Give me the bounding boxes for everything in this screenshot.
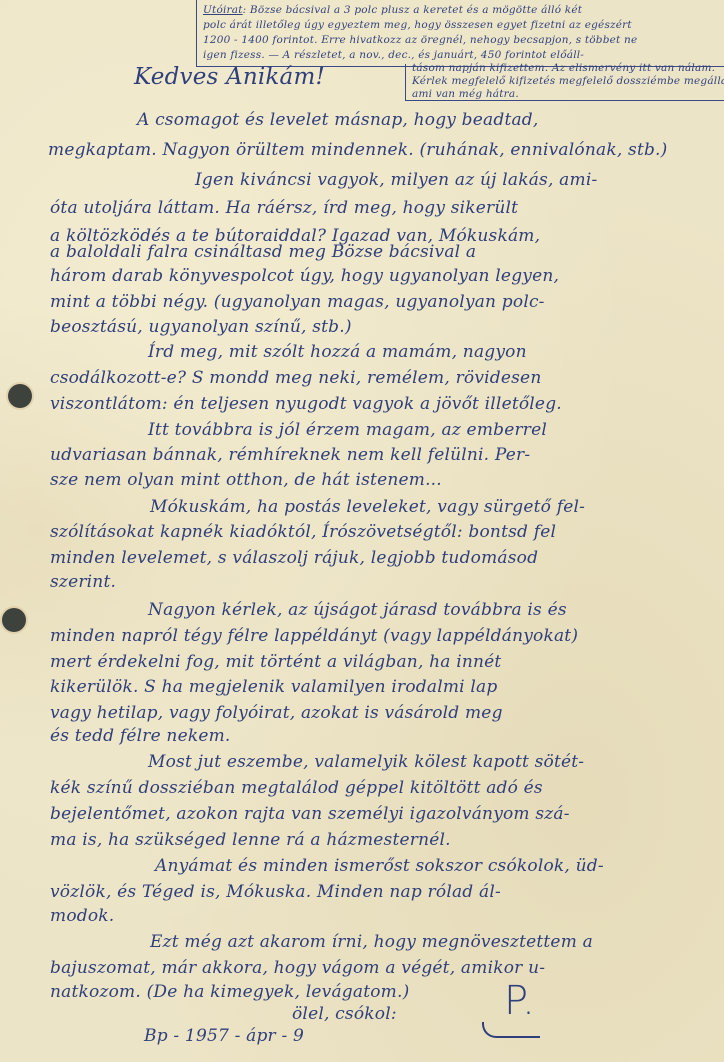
signature: P. (504, 978, 535, 1024)
postscript-line: ami van még hátra. (412, 88, 519, 100)
letter-line: vözlök, és Téged is, Mókuska. Minden nap… (50, 882, 501, 902)
letter-line: beosztású, ugyanolyan színű, stb.) (50, 317, 352, 337)
letter-line: minden levelemet, s válaszolj rájuk, leg… (50, 548, 538, 568)
letter-line: kikerülök. S ha megjelenik valamilyen ir… (50, 677, 497, 697)
postscript-line: igen fizess. — A részletet, a nov., dec.… (203, 49, 584, 61)
signature-flourish (482, 1022, 540, 1038)
letter-line: udvariasan bánnak, rémhíreknek nem kell … (50, 445, 530, 465)
postscript-line: polc árát illetőleg úgy egyeztem meg, ho… (203, 19, 632, 31)
letter-line: ma is, ha szükséged lenne rá a házmester… (50, 830, 451, 850)
letter-line: kék színű dossziéban megtalálod géppel k… (50, 778, 543, 798)
letter-line: Ezt még azt akarom írni, hogy megnöveszt… (150, 932, 593, 952)
letter-line: A csomagot és levelet másnap, hogy beadt… (137, 110, 539, 130)
letter-line: sze nem olyan mint otthon, de hát istene… (50, 470, 442, 490)
letter-line: a baloldali falra csináltasd meg Bözse b… (50, 242, 476, 262)
letter-line: mert érdekelni fog, mit történt a világb… (50, 652, 501, 672)
letter-line: viszontlátom: én teljesen nyugodt vagyok… (50, 394, 562, 414)
letter-page: Utóirat: Bözse bácsival a 3 polc plusz a… (0, 0, 724, 1062)
postscript-line: 1200 - 1400 forintot. Erre hivatkozz az … (203, 34, 637, 46)
letter-line: bejelentőmet, azokon rajta van személyi … (50, 804, 570, 824)
letter-line: szerint. (50, 572, 116, 592)
letter-date: Bp - 1957 - ápr - 9 (144, 1026, 304, 1046)
letter-line: bajuszomat, már akkora, hogy vágom a vég… (50, 958, 545, 978)
letter-line: Írd meg, mit szólt hozzá a mamám, nagyon (148, 342, 527, 362)
letter-line: modok. (50, 906, 114, 926)
postscript-label: Utóirat (203, 4, 243, 16)
letter-line: Mókuskám, ha postás leveleket, vagy sürg… (150, 497, 585, 517)
letter-line: vagy hetilap, vagy folyóirat, azokat is … (50, 703, 503, 723)
closing: ölel, csókol: (292, 1004, 397, 1024)
letter-line: Anyámat és minden ismerőst sokszor csóko… (155, 856, 604, 876)
letter-line: Igen kiváncsi vagyok, milyen az új lakás… (195, 170, 597, 190)
letter-line: és tedd félre nekem. (50, 726, 231, 746)
letter-line: csodálkozott-e? S mondd meg neki, reméle… (50, 368, 541, 388)
postscript-line: Kérlek megfelelő kifizetés megfelelő dos… (412, 75, 724, 87)
letter-line: natkozom. (De ha kimegyek, levágatom.) (50, 982, 409, 1002)
letter-line: Most jut eszembe, valamelyik kölest kapo… (148, 752, 584, 772)
postscript-line: Utóirat: Bözse bácsival a 3 polc plusz a… (203, 4, 582, 16)
greeting: Kedves Anikám! (134, 64, 325, 90)
letter-line: Itt továbbra is jól érzem magam, az embe… (148, 420, 547, 440)
letter-line: Nagyon kérlek, az újságot járasd továbbr… (148, 600, 567, 620)
letter-line: három darab könyvespolcot úgy, hogy ugya… (50, 266, 559, 286)
letter-line: szólításokat kapnék kiadóktól, Írószövet… (50, 522, 556, 542)
punch-hole-upper (8, 384, 32, 408)
punch-hole-lower (2, 608, 26, 632)
postscript-line: tásom napján kifizettem. Az elismervény … (412, 62, 715, 74)
letter-line: óta utoljára láttam. Ha ráérsz, írd meg,… (50, 198, 518, 218)
letter-line: minden napról tégy félre lappéldányt (va… (50, 626, 578, 646)
letter-line: mint a többi négy. (ugyanolyan magas, ug… (50, 292, 545, 312)
letter-line: megkaptam. Nagyon örültem mindennek. (ru… (48, 140, 668, 160)
